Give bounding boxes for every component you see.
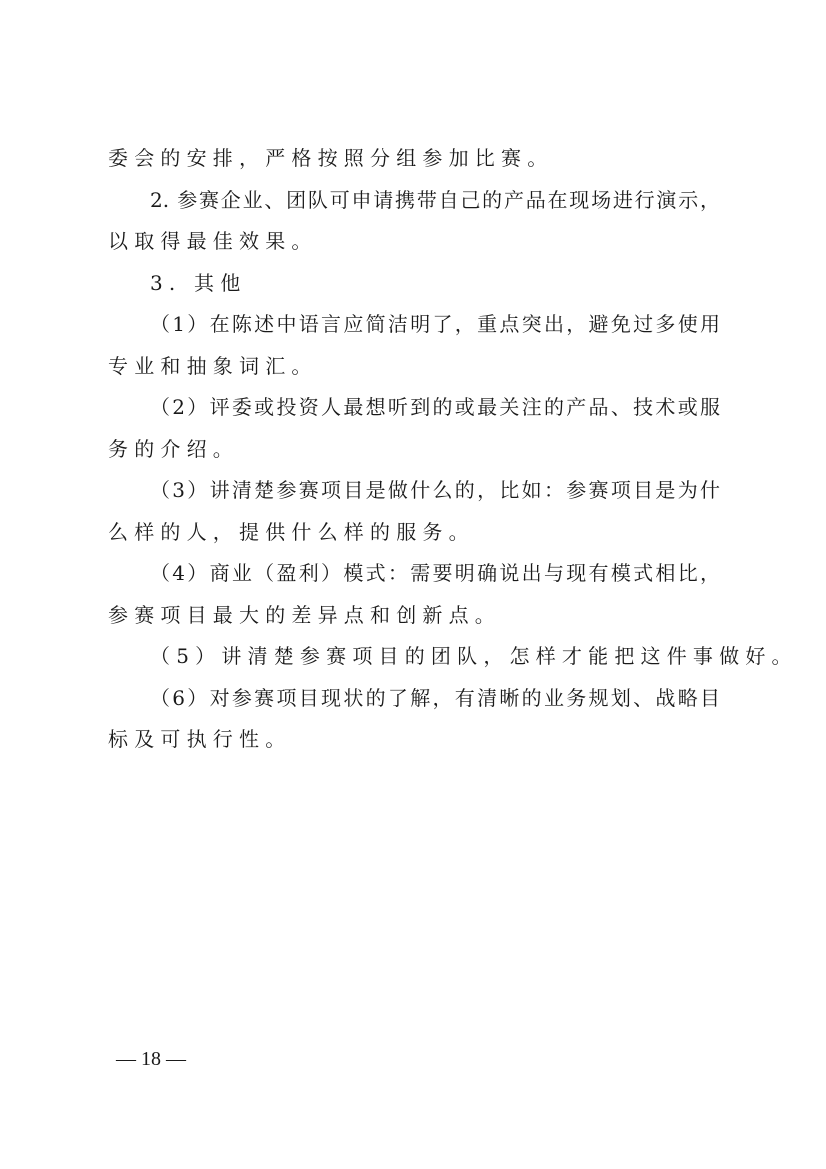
paragraph-line: 标及可执行性。 — [108, 719, 720, 761]
paragraph-line: 参赛项目最大的差异点和创新点。 — [108, 595, 720, 637]
list-item-1-line: （1）在陈述中语言应简洁明了，重点突出，避免过多使用 — [108, 304, 720, 346]
page-number: — 18 — — [116, 1048, 186, 1071]
list-item-6-line: （6）对参赛项目现状的了解，有清晰的业务规划、战略目 — [108, 678, 720, 720]
paragraph-line: 务的介绍。 — [108, 429, 720, 471]
list-item-2-line: （2）评委或投资人最想听到的或最关注的产品、技术或服 — [108, 387, 720, 429]
section-heading-other: 3. 其他 — [108, 263, 720, 305]
paragraph-line: 以取得最佳效果。 — [108, 221, 720, 263]
paragraph-item-2-line: 2. 参赛企业、团队可申请携带自己的产品在现场进行演示， — [108, 180, 720, 222]
paragraph-line: 么样的人，提供什么样的服务。 — [108, 512, 720, 554]
document-body: 委会的安排，严格按照分组参加比赛。 2. 参赛企业、团队可申请携带自己的产品在现… — [108, 138, 720, 761]
list-item-4-line: （4）商业（盈利）模式：需要明确说出与现有模式相比， — [108, 553, 720, 595]
list-item-5-line: （5）讲清楚参赛项目的团队，怎样才能把这件事做好。 — [108, 636, 720, 678]
paragraph-line: 专业和抽象词汇。 — [108, 346, 720, 388]
document-page: 委会的安排，严格按照分组参加比赛。 2. 参赛企业、团队可申请携带自己的产品在现… — [0, 0, 826, 1169]
list-item-3-line: （3）讲清楚参赛项目是做什么的，比如：参赛项目是为什 — [108, 470, 720, 512]
paragraph-line: 委会的安排，严格按照分组参加比赛。 — [108, 138, 720, 180]
